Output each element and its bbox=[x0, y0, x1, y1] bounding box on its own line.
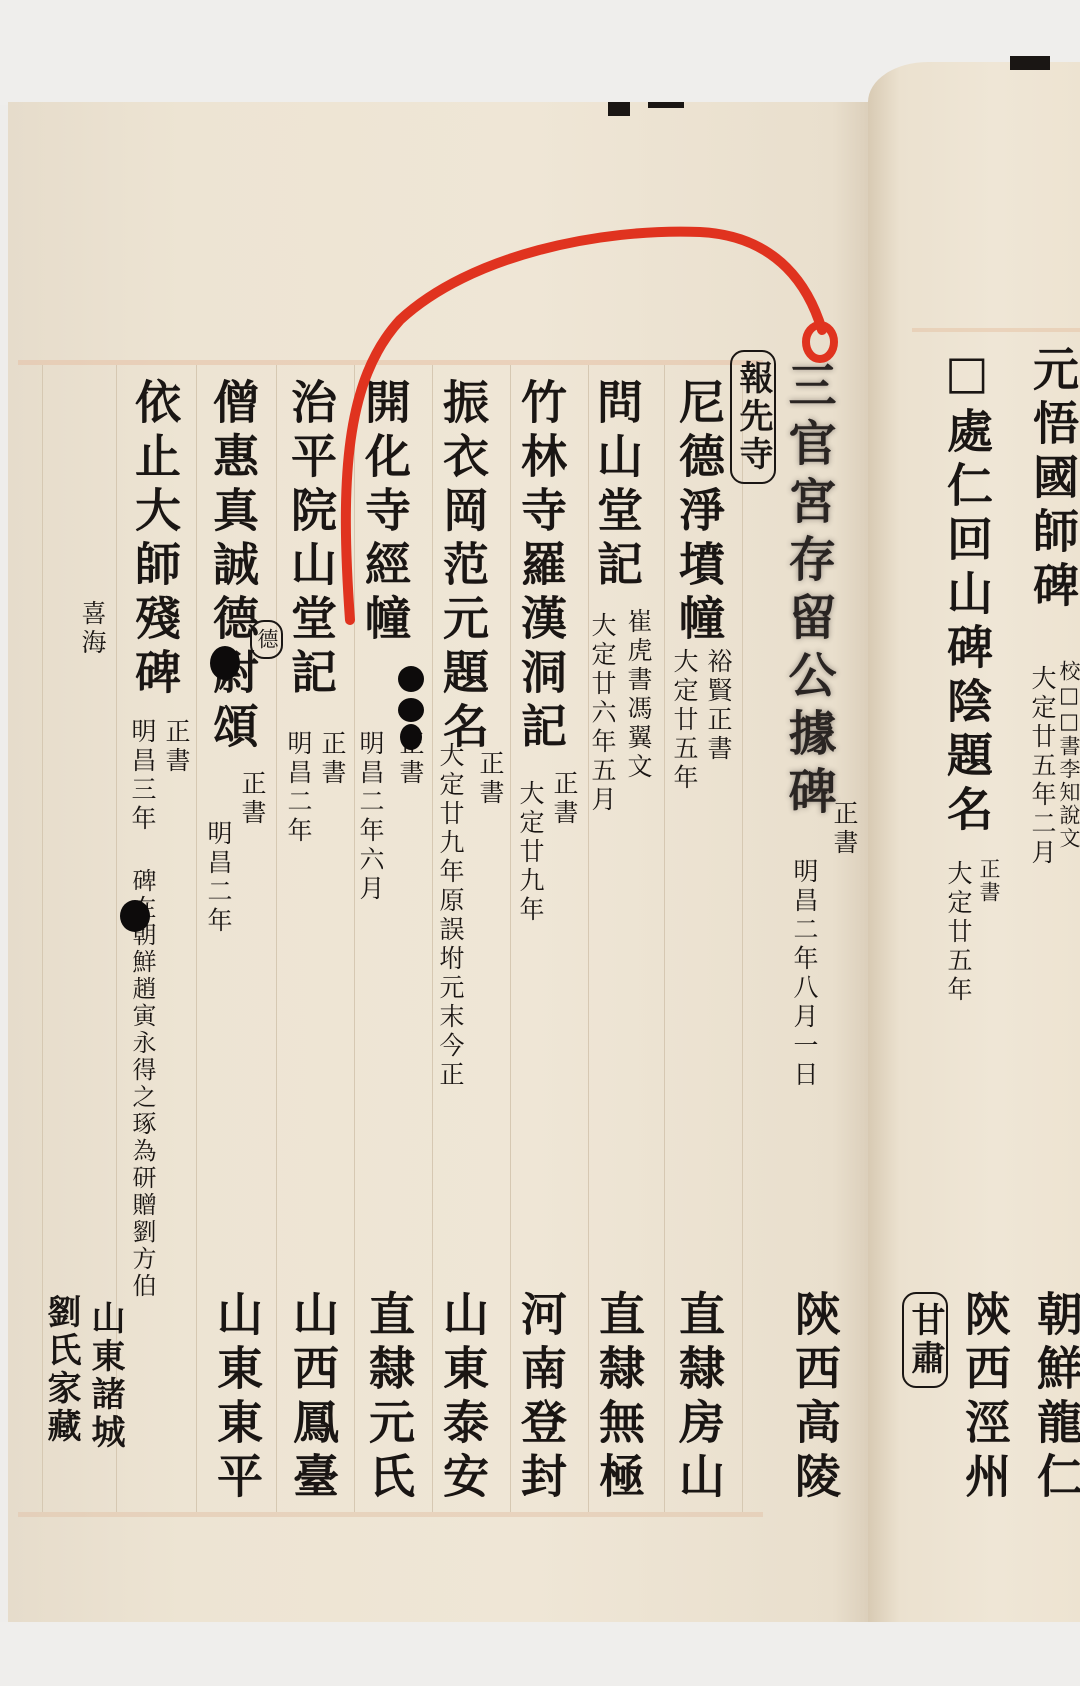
red-annotation-arc-icon bbox=[0, 0, 1080, 1686]
